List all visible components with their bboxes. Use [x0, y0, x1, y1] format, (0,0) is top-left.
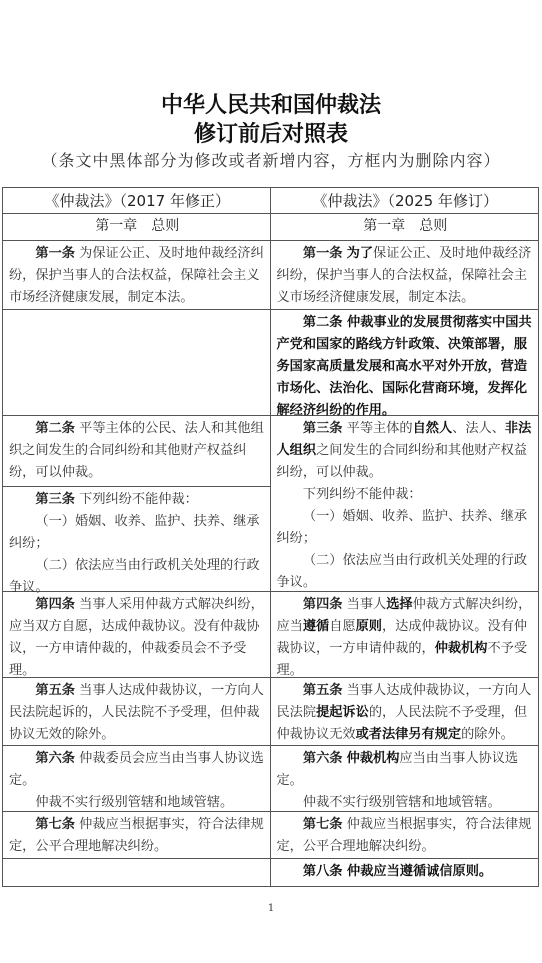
- table-row: 第一条 为保证公正、及时地仲裁经济纠纷，保护当事人的合法权益，保障社会主义市场经…: [3, 240, 538, 309]
- article-1-2017: 第一条 为保证公正、及时地仲裁经济纠纷，保护当事人的合法权益，保障社会主义市场经…: [3, 241, 271, 309]
- article-number: 第二条: [35, 421, 75, 436]
- article-number: 第八条: [303, 864, 343, 879]
- table-row: 第二条 仲裁事业的发展贯彻落实中国共产党和国家的路线方针政策、决策部署，服务国家…: [3, 309, 538, 415]
- empty-cell-2017: [3, 859, 271, 886]
- amended-text: 仲裁事业的发展贯彻落实中国共产党和国家的路线方针政策、决策部署，服务国家高质量发…: [277, 315, 532, 418]
- article-3-2017: 第三条 下列纠纷不能仲裁： （一）婚姻、收养、监护、扶养、继承纠纷； （二）依法…: [3, 486, 270, 601]
- article-5-2025: 第五条 当事人达成仲裁协议，一方向人民法院提起诉讼的，人民法院不予受理，但仲裁协…: [271, 678, 539, 745]
- document-title-line1: 中华人民共和国仲裁法: [0, 92, 542, 120]
- empty-cell-2017: [3, 310, 271, 415]
- amended-text: 提起诉讼: [316, 705, 369, 720]
- table-row: 第四条 当事人采用仲裁方式解决纠纷，应当双方自愿，达成仲裁协议。没有仲裁协议，一…: [3, 591, 538, 677]
- chapter-row: 第一章 总则 第一章 总则: [3, 213, 538, 240]
- list-item: （一）婚姻、收养、监护、扶养、继承纠纷；: [277, 506, 535, 550]
- header-2025: 《仲裁法》（2025 年修订）: [271, 188, 539, 213]
- amended-text: 或者法律另有规定: [356, 727, 462, 742]
- article-number: 第一条: [35, 246, 75, 261]
- article-2-3-2017: 第二条 平等主体的公民、法人和其他组织之间发生的合同纠纷和其他财产权益纠纷，可以…: [3, 416, 271, 591]
- article-4-2025: 第四条 当事人选择仲裁方式解决纠纷，应当遵循自愿原则，达成仲裁协议。没有仲裁协议…: [271, 592, 539, 677]
- article-number: 第一条: [303, 246, 343, 261]
- table-header-row: 《仲裁法》（2017 年修正） 《仲裁法》（2025 年修订）: [3, 188, 538, 213]
- article-text: 当事人: [347, 597, 387, 612]
- article-number: 第六条: [303, 751, 343, 766]
- amended-text: 原则: [356, 619, 382, 634]
- article-number: 第七条: [35, 817, 75, 832]
- amended-text: 仲裁机构: [347, 751, 400, 766]
- table-row: 第八条 仲裁应当遵循诚信原则。: [3, 858, 538, 886]
- page-number: 1: [0, 903, 542, 914]
- article-8-2025: 第八条 仲裁应当遵循诚信原则。: [271, 859, 539, 886]
- article-number: 第六条: [35, 751, 75, 766]
- list-item: （二）依法应当由行政机关处理的行政争议。: [277, 550, 535, 594]
- article-text: 自愿: [329, 619, 355, 634]
- paragraph: 下列纠纷不能仲裁：: [277, 484, 535, 506]
- article-number: 第三条: [303, 421, 343, 436]
- article-text: 、法人、: [452, 421, 505, 436]
- article-number: 第四条: [35, 597, 75, 612]
- article-text: 的除外。: [461, 727, 514, 742]
- article-number: 第五条: [35, 683, 75, 698]
- table-row: 第二条 平等主体的公民、法人和其他组织之间发生的合同纠纷和其他财产权益纠纷，可以…: [3, 415, 538, 591]
- list-item: （一）婚姻、收养、监护、扶养、继承纠纷；: [9, 511, 266, 555]
- article-7-2025: 第七条 仲裁应当根据事实，符合法律规定，公平合理地解决纠纷。: [271, 812, 539, 858]
- comparison-table: 《仲裁法》（2017 年修正） 《仲裁法》（2025 年修订） 第一章 总则 第…: [2, 187, 539, 887]
- article-number: 第二条: [303, 315, 343, 330]
- article-5-2017: 第五条 当事人达成仲裁协议，一方向人民法院起诉的，人民法院不予受理，但仲裁协议无…: [3, 678, 271, 745]
- article-4-2017: 第四条 当事人采用仲裁方式解决纠纷，应当双方自愿，达成仲裁协议。没有仲裁协议，一…: [3, 592, 271, 677]
- table-row: 第五条 当事人达成仲裁协议，一方向人民法院起诉的，人民法院不予受理，但仲裁协议无…: [3, 677, 538, 745]
- article-number: 第三条: [35, 492, 75, 507]
- chapter-title-2017: 第一章 总则: [3, 214, 271, 240]
- amended-text: 选择: [386, 597, 412, 612]
- article-2-2025: 第二条 仲裁事业的发展贯彻落实中国共产党和国家的路线方针政策、决策部署，服务国家…: [271, 310, 539, 415]
- amended-text: 为了: [347, 246, 373, 261]
- article-6-2025: 第六条 仲裁机构应当由当事人协议选定。 仲裁不实行级别管辖和地域管辖。: [271, 746, 539, 811]
- table-row: 第六条 仲裁委员会应当由当事人协议选定。 仲裁不实行级别管辖和地域管辖。 第六条…: [3, 745, 538, 811]
- header-2017: 《仲裁法》（2017 年修正）: [3, 188, 271, 213]
- article-7-2017: 第七条 仲裁应当根据事实，符合法律规定，公平合理地解决纠纷。: [3, 812, 271, 858]
- article-2-2017: 第二条 平等主体的公民、法人和其他组织之间发生的合同纠纷和其他财产权益纠纷，可以…: [3, 416, 270, 486]
- document-subtitle: （条文中黑体部分为修改或者新增内容，方框内为删除内容）: [0, 150, 542, 172]
- article-text: 下列纠纷不能仲裁：: [79, 492, 198, 507]
- article-3-2025: 第三条 平等主体的自然人、法人、非法人组织之间发生的合同纠纷和其他财产权益纠纷，…: [271, 416, 539, 591]
- paragraph: 仲裁不实行级别管辖和地域管辖。: [9, 792, 266, 814]
- amended-text: 仲裁机构: [435, 641, 488, 656]
- document-title-line2: 修订前后对照表: [0, 121, 542, 149]
- amended-text: 遵循: [303, 619, 329, 634]
- table-row: 第七条 仲裁应当根据事实，符合法律规定，公平合理地解决纠纷。 第七条 仲裁应当根…: [3, 811, 538, 858]
- amended-text: 自然人: [413, 421, 453, 436]
- article-number: 第四条: [303, 597, 343, 612]
- paragraph: 仲裁不实行级别管辖和地域管辖。: [277, 792, 535, 814]
- article-6-2017: 第六条 仲裁委员会应当由当事人协议选定。 仲裁不实行级别管辖和地域管辖。: [3, 746, 271, 811]
- article-1-2025: 第一条 为了保证公正、及时地仲裁经济纠纷，保护当事人的合法权益，保障社会主义市场…: [271, 241, 539, 309]
- article-number: 第七条: [303, 817, 343, 832]
- amended-text: 仲裁应当遵循诚信原则。: [347, 864, 492, 879]
- article-text: 平等主体的: [347, 421, 413, 436]
- chapter-title-2025: 第一章 总则: [271, 214, 539, 240]
- article-number: 第五条: [303, 683, 343, 698]
